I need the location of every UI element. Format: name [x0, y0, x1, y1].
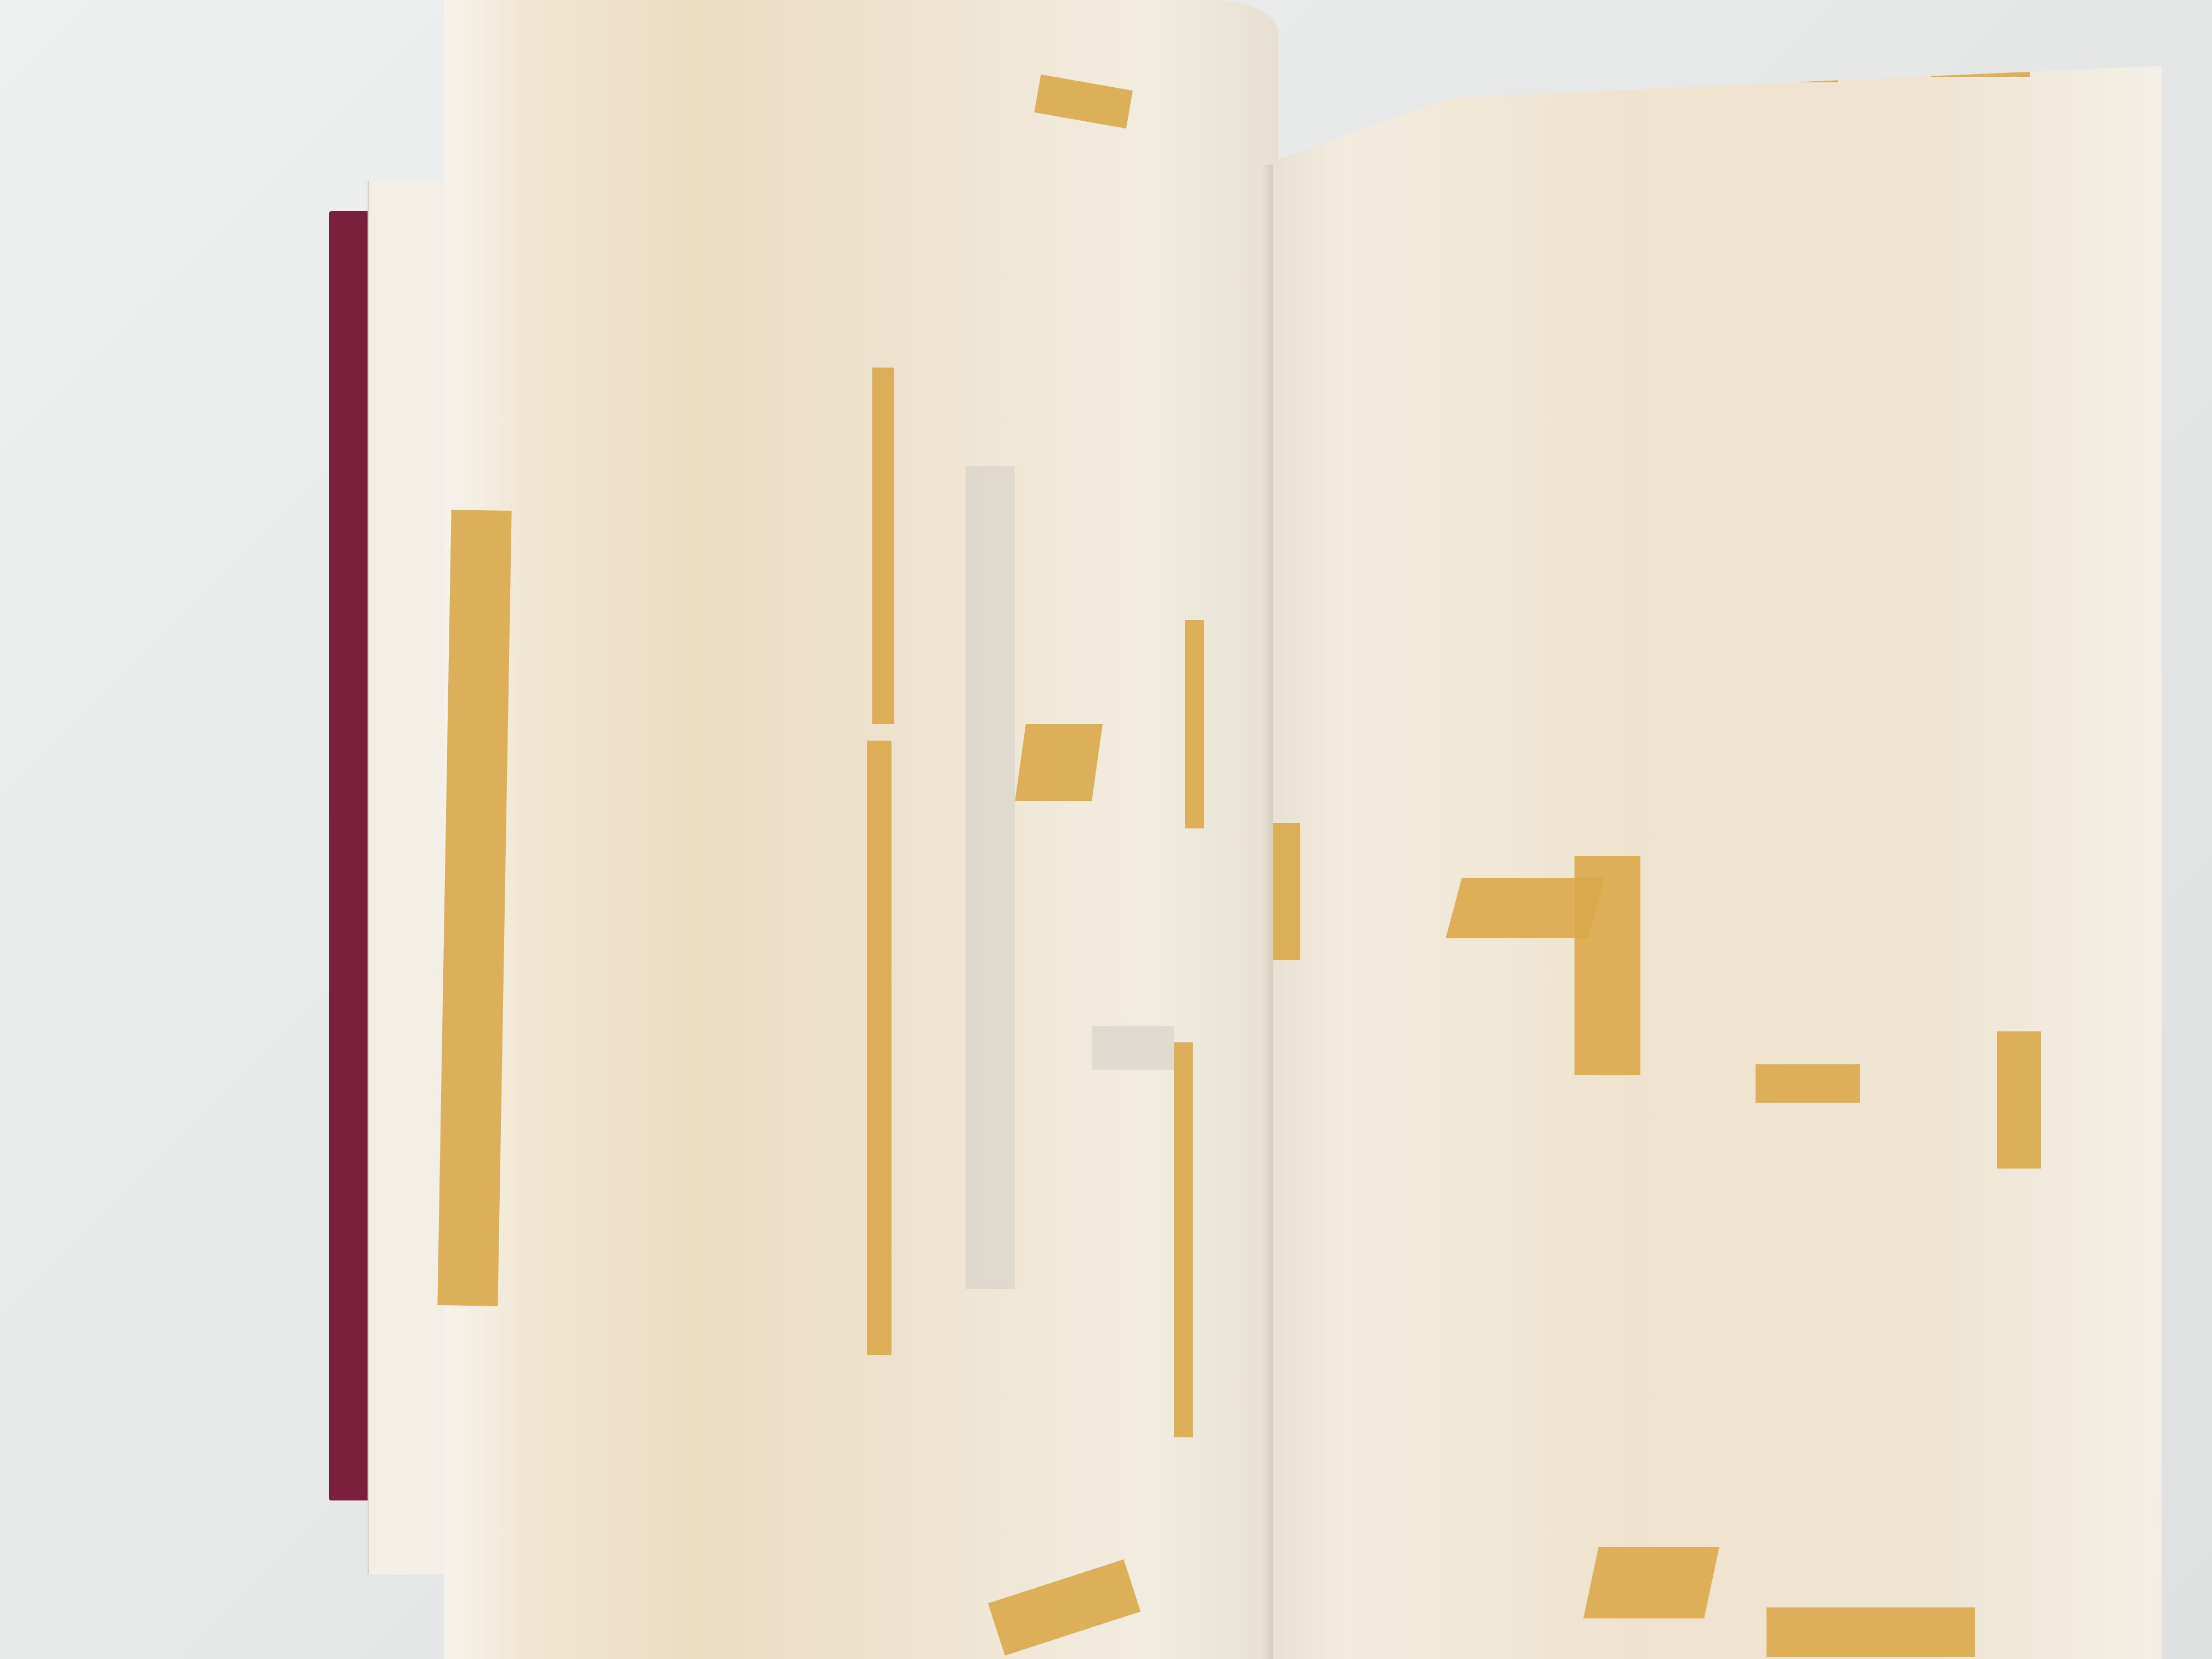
tape-residue — [1756, 1064, 1860, 1103]
tape-shadow — [1092, 1026, 1174, 1070]
tape-shadow — [966, 466, 1015, 1289]
tape-residue — [1767, 1607, 1975, 1657]
tape-residue — [1174, 1042, 1193, 1437]
tape-residue — [867, 741, 891, 1355]
tape-residue — [1583, 1547, 1719, 1618]
right-page — [1273, 66, 2162, 1659]
tape-residue — [872, 368, 894, 724]
tape-residue — [437, 510, 511, 1306]
tape-residue — [988, 1559, 1141, 1655]
tape-residue — [1034, 75, 1133, 128]
tape-residue — [1015, 724, 1103, 801]
tape-residue — [1185, 620, 1204, 828]
tape-residue — [1273, 823, 1300, 960]
left-page — [444, 0, 1278, 1659]
tape-residue — [1575, 856, 1640, 1075]
tape-residue — [1997, 1031, 2041, 1169]
page-edges — [368, 181, 446, 1575]
